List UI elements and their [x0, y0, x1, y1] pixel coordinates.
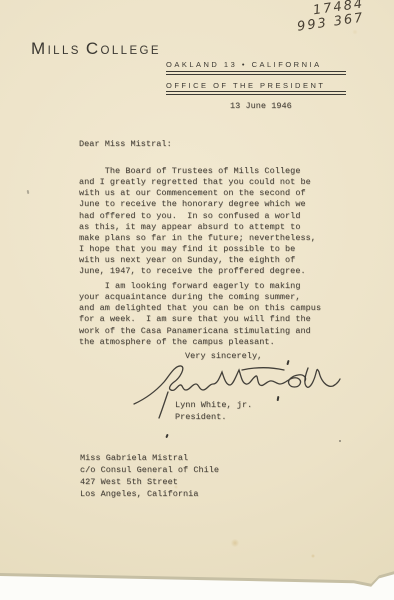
letter-date: 13 June 1946 [230, 101, 292, 112]
ink-speck [27, 190, 30, 194]
archive-number-handwritten: 17484 993 367 [294, 0, 366, 34]
signature-t-cross-stroke [242, 368, 284, 370]
signature-typed-name: Lynn White, jr. [175, 400, 252, 411]
letter-paper: 17484 993 367 MILLSCOLLEGE OAKLAND 13 • … [0, 0, 394, 600]
college-name-initial: M [31, 39, 48, 58]
letterhead-office-line: OFFICE OF THE PRESIDENT [166, 81, 347, 90]
signature-slash-stroke [159, 392, 168, 418]
college-name: MILLSCOLLEGE [31, 39, 161, 59]
archive-number-line2: 993 367 [296, 11, 367, 34]
letterhead-address-line: OAKLAND 13 • CALIFORNIA [166, 60, 347, 69]
college-name-rest: OLLEGE [101, 45, 161, 57]
double-rule-bottom [166, 91, 346, 95]
salutation: Dear Miss Mistral: [79, 139, 172, 150]
scan-background: 17484 993 367 MILLSCOLLEGE OAKLAND 13 • … [0, 0, 394, 600]
ink-speck [339, 440, 341, 442]
college-name-initial: C [86, 39, 101, 58]
ink-speck [165, 434, 168, 438]
signature-jr-stroke [305, 368, 340, 387]
recipient-address-block: Miss Gabriela Mistral c/o Consul General… [80, 452, 219, 500]
body-paragraph-2: I am looking forward eagerly to making y… [79, 281, 321, 348]
body-paragraph-1: The Board of Trustees of Mills College a… [79, 166, 316, 278]
signature-main-stroke [134, 366, 306, 404]
signature-handwritten-lynn-white [131, 357, 345, 423]
college-name-rest: ILLS [48, 45, 81, 57]
signature-typed-title: President. [175, 412, 227, 423]
double-rule-top [166, 71, 346, 75]
